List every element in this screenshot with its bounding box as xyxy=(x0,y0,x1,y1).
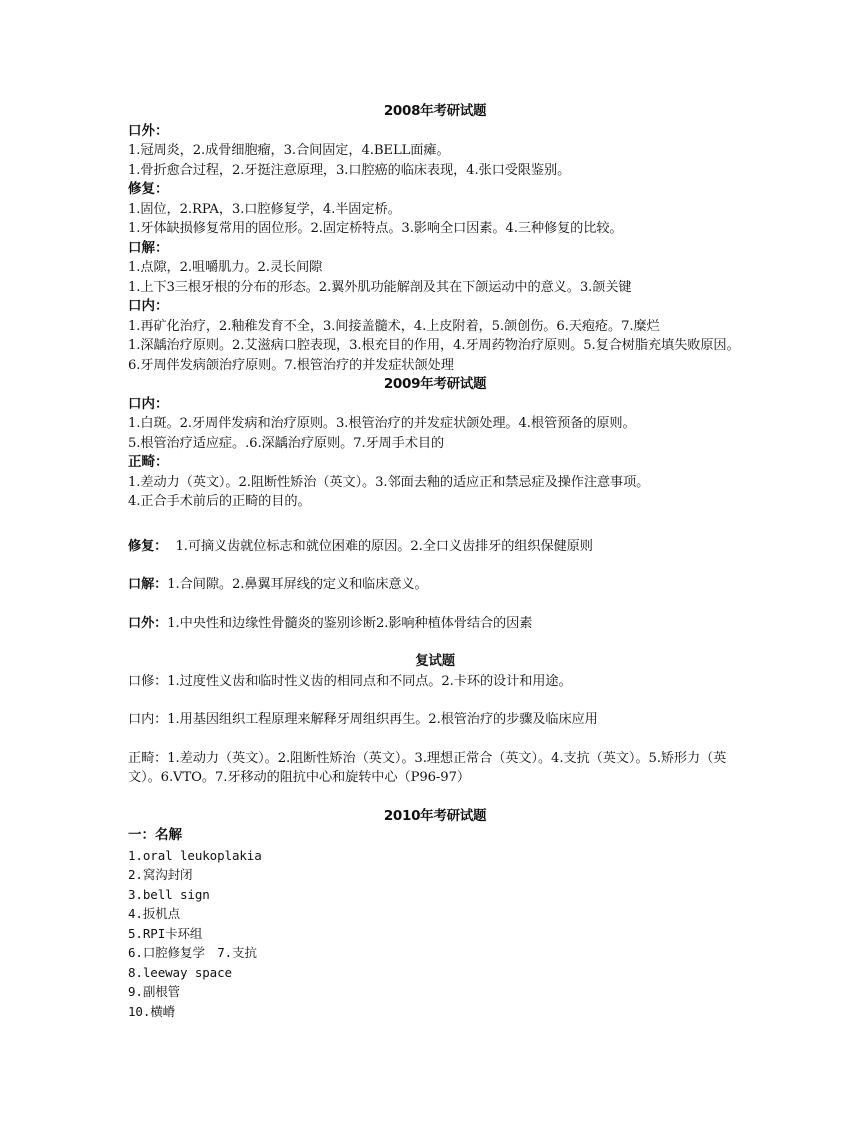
question-line: 4.正合手术前后的正畸的目的。 xyxy=(128,492,742,512)
term-item: 8.leeway space xyxy=(128,963,742,983)
section-heading: 正畸： xyxy=(128,453,742,473)
inline-section: 口解：1.合间隙。2.鼻翼耳屏线的定义和临床意义。 xyxy=(128,575,742,595)
section-heading: 修复： xyxy=(128,539,167,554)
question-line: 1.骨折愈合过程，2.牙挺注意原理，3.口腔癌的临床表现，4.张口受限鉴别。 xyxy=(128,161,742,181)
section-heading: 口内： xyxy=(128,297,742,317)
term-item: 4.扳机点 xyxy=(128,904,742,924)
section-heading: 口外： xyxy=(128,616,167,631)
retest-title: 复试题 xyxy=(128,652,742,672)
section-heading: 口内： xyxy=(128,395,742,415)
question-line: 1.冠周炎，2.成骨细胞瘤，3.合间固定，4.BELL面瘫。 xyxy=(128,141,742,161)
section-heading: 口解： xyxy=(128,577,167,592)
inline-section: 口外：1.中央性和边缘性骨髓炎的鉴别诊断2.影响种植体骨结合的因素 xyxy=(128,614,742,634)
section-heading: 修复： xyxy=(128,180,742,200)
question-line: 1.差动力（英文）。2.阻断性矫治（英文）。3.邻面去釉的适应正和禁忌症及操作注… xyxy=(128,473,742,493)
term-item: 1.oral leukoplakia xyxy=(128,846,742,866)
question-line: 1.白斑。2.牙周伴发病和治疗原则。3.根管治疗的并发症状颌处理。4.根管预备的… xyxy=(128,414,742,434)
term-item: 6.口腔修复学 7.支抗 xyxy=(128,943,742,963)
question-line: 1.再矿化治疗，2.釉稚发育不全，3.间接盖髓术，4.上皮附着，5.颌创伤。6.… xyxy=(128,317,742,337)
question-line: 1.点隙，2.咀嚼肌力。2.灵长间隙 xyxy=(128,258,742,278)
question-text: 1.合间隙。2.鼻翼耳屏线的定义和临床意义。 xyxy=(167,577,427,592)
question-text: 1.中央性和边缘性骨髓炎的鉴别诊断2.影响种植体骨结合的因素 xyxy=(167,616,532,631)
retest-item: 正畸：1.差动力（英文）。2.阻断性矫治（英文）。3.理想正常合（英文）。4.支… xyxy=(128,749,742,788)
question-line: 1.深龋治疗原则。2.艾滋病口腔表现，3.根充目的作用，4.牙周药物治疗原则。5… xyxy=(128,336,742,375)
retest-item: 口修：1.过度性义齿和临时性义齿的相同点和不同点。2.卡环的设计和用途。 xyxy=(128,672,742,692)
term-item: 5.RPI卡环组 xyxy=(128,924,742,944)
inline-section: 修复： 1.可摘义齿就位标志和就位困难的原因。2.全口义齿排牙的组织保健原则 xyxy=(128,531,742,557)
exam-2008-title: 2008年考研试题 xyxy=(128,102,742,122)
exam-2009-title: 2009年考研试题 xyxy=(128,375,742,395)
section-heading: 口外： xyxy=(128,122,742,142)
section-heading: 一：名解 xyxy=(128,826,742,846)
term-item: 10.横嵴 xyxy=(128,1002,742,1022)
question-line: 5.根管治疗适应症。.6.深龋治疗原则。7.牙周手术目的 xyxy=(128,434,742,454)
question-line: 1.牙体缺损修复常用的固位形。2.固定桥特点。3.影响全口因素。4.三种修复的比… xyxy=(128,219,742,239)
exam-2010-title: 2010年考研试题 xyxy=(128,807,742,827)
term-item: 2.窝沟封闭 xyxy=(128,865,742,885)
document-page: 2008年考研试题 口外： 1.冠周炎，2.成骨细胞瘤，3.合间固定，4.BEL… xyxy=(128,102,742,1021)
term-item: 3.bell sign xyxy=(128,885,742,905)
section-heading: 口解： xyxy=(128,239,742,259)
question-text: 1.可摘义齿就位标志和就位困难的原因。2.全口义齿排牙的组织保健原则 xyxy=(167,539,593,554)
term-item: 9.副根管 xyxy=(128,982,742,1002)
retest-item: 口内：1.用基因组织工程原理来解释牙周组织再生。2.根管治疗的步骤及临床应用 xyxy=(128,710,742,730)
question-line: 1.固位，2.RPA，3.口腔修复学，4.半固定桥。 xyxy=(128,200,742,220)
question-line: 1.上下3三根牙根的分布的形态。2.翼外肌功能解剖及其在下颌运动中的意义。3.颌… xyxy=(128,278,742,298)
